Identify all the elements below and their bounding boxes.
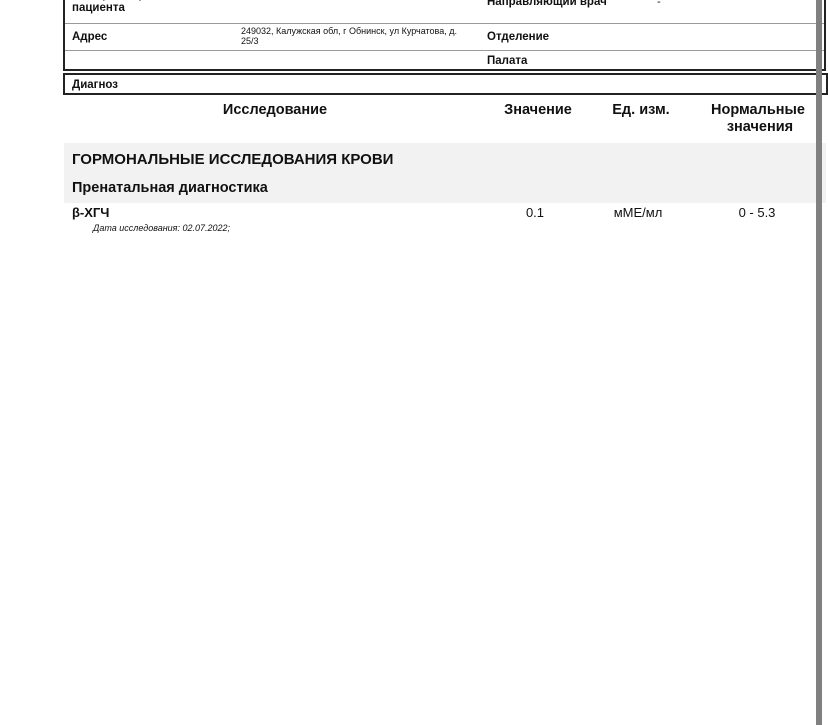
referring-doctor-label: Направляющий врач bbox=[487, 0, 607, 9]
address-line2: 25/3 bbox=[241, 36, 259, 46]
test-reference: 0 - 5.3 bbox=[712, 205, 802, 220]
subsection-title: Пренатальная диагностика bbox=[72, 180, 268, 196]
header-unit: Ед. изм. bbox=[600, 102, 682, 119]
address-label: Адрес bbox=[72, 31, 107, 44]
header-study: Исследование bbox=[200, 102, 350, 119]
patient-info-table: Номер истории болезни пациента Направляю… bbox=[63, 0, 826, 71]
lab-report-page: Номер истории болезни пациента Направляю… bbox=[0, 0, 828, 725]
section-title: ГОРМОНАЛЬНЫЕ ИССЛЕДОВАНИЯ КРОВИ bbox=[72, 151, 393, 168]
test-date: Дата исследования: 02.07.2022; bbox=[93, 223, 230, 233]
test-name: β-ХГЧ bbox=[72, 205, 109, 220]
address-line1: 249032, Калужская обл, г Обнинск, ул Кур… bbox=[241, 26, 457, 36]
vertical-scrollbar[interactable] bbox=[816, 0, 822, 725]
info-row-address: Адрес 249032, Калужская обл, г Обнинск, … bbox=[65, 23, 824, 51]
diagnosis-label: Диагноз bbox=[72, 79, 118, 92]
diagnosis-box: Диагноз bbox=[63, 73, 828, 95]
referring-doctor-value: - bbox=[657, 0, 661, 7]
department-label: Отделение bbox=[487, 31, 549, 44]
ward-label: Палата bbox=[487, 55, 527, 68]
test-value: 0.1 bbox=[500, 205, 570, 220]
header-reference-line2: значения bbox=[700, 119, 820, 136]
info-row-ward: Палата bbox=[65, 50, 824, 71]
header-value: Значение bbox=[496, 102, 580, 119]
test-unit: мМЕ/мл bbox=[598, 205, 678, 220]
info-row-history: Номер истории болезни пациента Направляю… bbox=[65, 0, 824, 24]
history-number-label-line2: пациента bbox=[72, 2, 125, 15]
header-reference-line1: Нормальные bbox=[700, 102, 816, 119]
